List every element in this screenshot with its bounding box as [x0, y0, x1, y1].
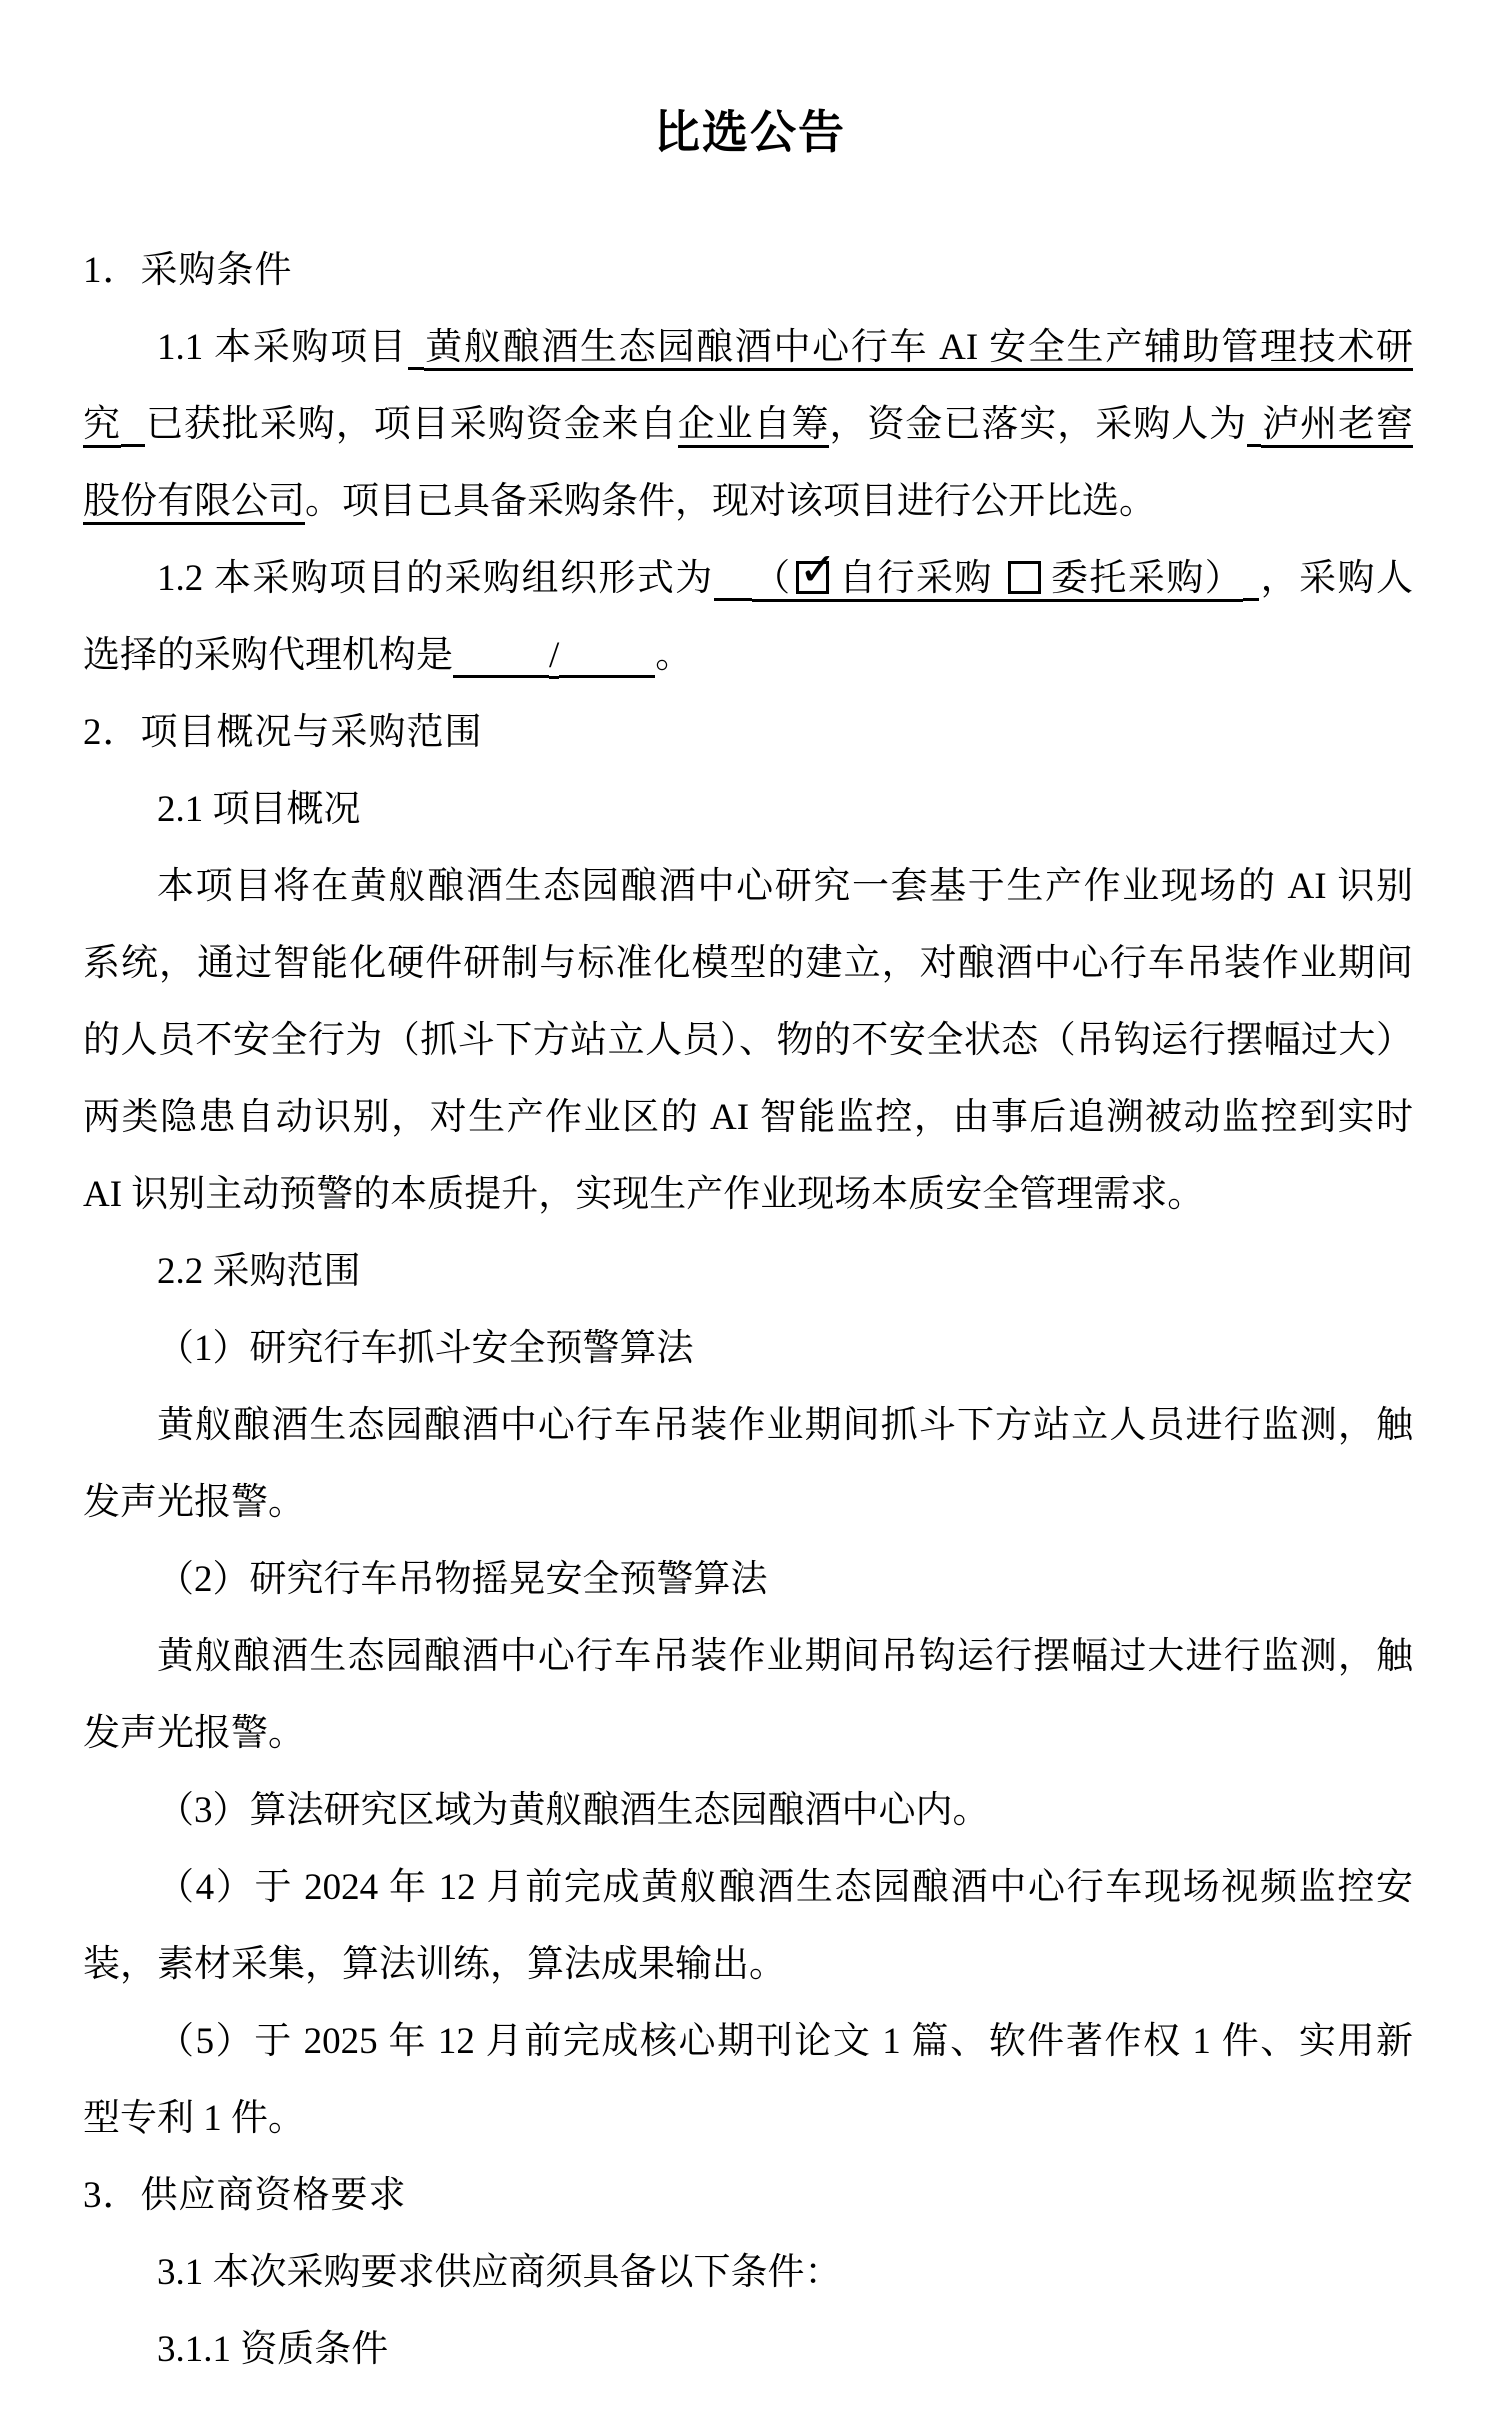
text-segment: 系统，通过智能化硬件研制与标准化模型的建立，对酿酒中心行车吊装作业期间	[83, 943, 1413, 984]
text-segment: 1.1 本采购项目	[157, 327, 408, 368]
text-segment: 1.2 本采购项目的采购组织形式为	[157, 558, 714, 599]
scope-item-3: （3）算法研究区域为黄舣酿酒生态园酿酒中心内。	[83, 1785, 1413, 1862]
underlined-text: 自行采购	[838, 558, 1004, 602]
section-2-heading: 2．项目概况与采购范围	[83, 707, 1413, 784]
scope-item-1-title: （1）研究行车抓斗安全预警算法	[83, 1323, 1413, 1400]
text-segment: 2.2 采购范围	[157, 1251, 361, 1292]
clause-1-2-line-1: 1.2 本采购项目的采购组织形式为（自行采购 委托采购），采购人	[83, 553, 1413, 630]
text-segment: 的人员不安全行为（抓斗下方站立人员）、物的不安全状态（吊钩运行摆幅过大）	[83, 1020, 1413, 1061]
checkbox-wrapper	[1004, 558, 1050, 602]
text-segment: 发声光报警。	[83, 1713, 305, 1754]
text-segment: （5）于 2025 年 12 月前完成核心期刊论文 1 篇、软件著作权 1 件、…	[157, 2021, 1413, 2062]
scope-item-5-line-2: 型专利 1 件。	[83, 2093, 1413, 2170]
text-segment: 装，素材采集，算法训练，算法成果输出。	[83, 1944, 786, 1985]
clause-3-1-1-heading: 3.1.1 资质条件	[83, 2324, 1413, 2401]
scope-item-2-title: （2）研究行车吊物摇晃安全预警算法	[83, 1554, 1413, 1631]
text-segment: 2.1 项目概况	[157, 789, 361, 830]
scope-item-5-line-1: （5）于 2025 年 12 月前完成核心期刊论文 1 篇、软件著作权 1 件、…	[83, 2016, 1413, 2093]
text-segment: 黄舣酿酒生态园酿酒中心行车吊装作业期间抓斗下方站立人员进行监测，触	[157, 1405, 1413, 1446]
text-segment: 发声光报警。	[83, 1482, 305, 1523]
document-body: 1．采购条件1.1 本采购项目黄舣酿酒生态园酿酒中心行车 AI 安全生产辅助管理…	[83, 245, 1413, 2401]
unchecked-checkbox-icon[interactable]	[1008, 561, 1041, 594]
underlined-text: 黄舣酿酒生态园酿酒中心行车 AI 安全生产辅助管理技术研	[424, 327, 1413, 371]
clause-1-1-line-1: 1.1 本采购项目黄舣酿酒生态园酿酒中心行车 AI 安全生产辅助管理技术研	[83, 322, 1413, 399]
blank-underline	[408, 367, 424, 370]
scope-item-1-body-line-1: 黄舣酿酒生态园酿酒中心行车吊装作业期间抓斗下方站立人员进行监测，触	[83, 1400, 1413, 1477]
blank-underline	[1247, 444, 1261, 447]
text-segment: 。	[655, 635, 692, 676]
text-segment: 3.1.1 资质条件	[157, 2329, 388, 2370]
underlined-text: （	[752, 558, 792, 602]
overview-line-5: AI 识别主动预警的本质提升，实现生产作业现场本质安全管理需求。	[83, 1169, 1413, 1246]
text-segment: 本项目将在黄舣酿酒生态园酿酒中心研究一套基于生产作业现场的 AI 识别	[157, 866, 1413, 907]
text-segment: 黄舣酿酒生态园酿酒中心行车吊装作业期间吊钩运行摆幅过大进行监测，触	[157, 1636, 1413, 1677]
scope-item-1-body-line-2: 发声光报警。	[83, 1477, 1413, 1554]
overview-line-2: 系统，通过智能化硬件研制与标准化模型的建立，对酿酒中心行车吊装作业期间	[83, 938, 1413, 1015]
text-segment: 。项目已具备采购条件，现对该项目进行公开比选。	[305, 481, 1156, 522]
underlined-text: 企业自筹	[678, 404, 830, 448]
clause-1-2-line-2: 选择的采购代理机构是/。	[83, 630, 1413, 707]
text-segment: AI 识别主动预警的本质提升，实现生产作业现场本质安全管理需求。	[83, 1174, 1204, 1215]
text-segment: 型专利 1 件。	[83, 2098, 305, 2139]
text-segment: ，资金已落实，采购人为	[829, 404, 1247, 445]
underlined-text: 究	[83, 404, 121, 448]
text-segment: 两类隐患自动识别，对生产作业区的 AI 智能监控，由事后追溯被动监控到实时	[83, 1097, 1413, 1138]
text-segment: 选择的采购代理机构是	[83, 635, 453, 676]
text-segment: 3．供应商资格要求	[83, 2175, 407, 2216]
overview-line-1: 本项目将在黄舣酿酒生态园酿酒中心研究一套基于生产作业现场的 AI 识别	[83, 861, 1413, 938]
blank-underline	[121, 444, 145, 447]
blank-underline	[714, 598, 752, 601]
underlined-text: /	[549, 635, 559, 679]
clause-1-1-line-3: 股份有限公司。项目已具备采购条件，现对该项目进行公开比选。	[83, 476, 1413, 553]
blank-underline	[453, 675, 549, 678]
blank-underline	[559, 675, 655, 678]
underlined-text: 泸州老窖	[1261, 404, 1413, 448]
document-page: 比选公告 1．采购条件1.1 本采购项目黄舣酿酒生态园酿酒中心行车 AI 安全生…	[0, 0, 1500, 2429]
scope-item-4-line-1: （4）于 2024 年 12 月前完成黄舣酿酒生态园酿酒中心行车现场视频监控安	[83, 1862, 1413, 1939]
clause-1-1-line-2: 究已获批采购，项目采购资金来自企业自筹，资金已落实，采购人为泸州老窖	[83, 399, 1413, 476]
clause-2-1-heading: 2.1 项目概况	[83, 784, 1413, 861]
checked-checkbox-icon[interactable]	[796, 561, 829, 594]
text-segment: ，采购人	[1259, 558, 1413, 599]
clause-2-2-heading: 2.2 采购范围	[83, 1246, 1413, 1323]
text-segment: 2．项目概况与采购范围	[83, 712, 483, 753]
underlined-text: 股份有限公司	[83, 481, 305, 525]
scope-item-4-line-2: 装，素材采集，算法训练，算法成果输出。	[83, 1939, 1413, 2016]
overview-line-4: 两类隐患自动识别，对生产作业区的 AI 智能监控，由事后追溯被动监控到实时	[83, 1092, 1413, 1169]
text-segment: 3.1 本次采购要求供应商须具备以下条件：	[157, 2252, 842, 2293]
text-segment: 已获批采购，项目采购资金来自	[145, 404, 678, 445]
scope-item-2-body-line-1: 黄舣酿酒生态园酿酒中心行车吊装作业期间吊钩运行摆幅过大进行监测，触	[83, 1631, 1413, 1708]
overview-line-3: 的人员不安全行为（抓斗下方站立人员）、物的不安全状态（吊钩运行摆幅过大）	[83, 1015, 1413, 1092]
underlined-text: 委托采购）	[1050, 558, 1244, 602]
clause-3-1-heading: 3.1 本次采购要求供应商须具备以下条件：	[83, 2247, 1413, 2324]
checkbox-wrapper	[792, 558, 838, 602]
scope-item-2-body-line-2: 发声光报警。	[83, 1708, 1413, 1785]
document-title: 比选公告	[0, 0, 1500, 166]
blank-underline	[1243, 598, 1259, 601]
text-segment: （4）于 2024 年 12 月前完成黄舣酿酒生态园酿酒中心行车现场视频监控安	[157, 1867, 1413, 1908]
text-segment: 1．采购条件	[83, 250, 293, 291]
section-1-heading: 1．采购条件	[83, 245, 1413, 322]
section-3-heading: 3．供应商资格要求	[83, 2170, 1413, 2247]
text-segment: （2）研究行车吊物摇晃安全预警算法	[157, 1559, 768, 1600]
text-segment: （3）算法研究区域为黄舣酿酒生态园酿酒中心内。	[157, 1790, 990, 1831]
text-segment: （1）研究行车抓斗安全预警算法	[157, 1328, 694, 1369]
